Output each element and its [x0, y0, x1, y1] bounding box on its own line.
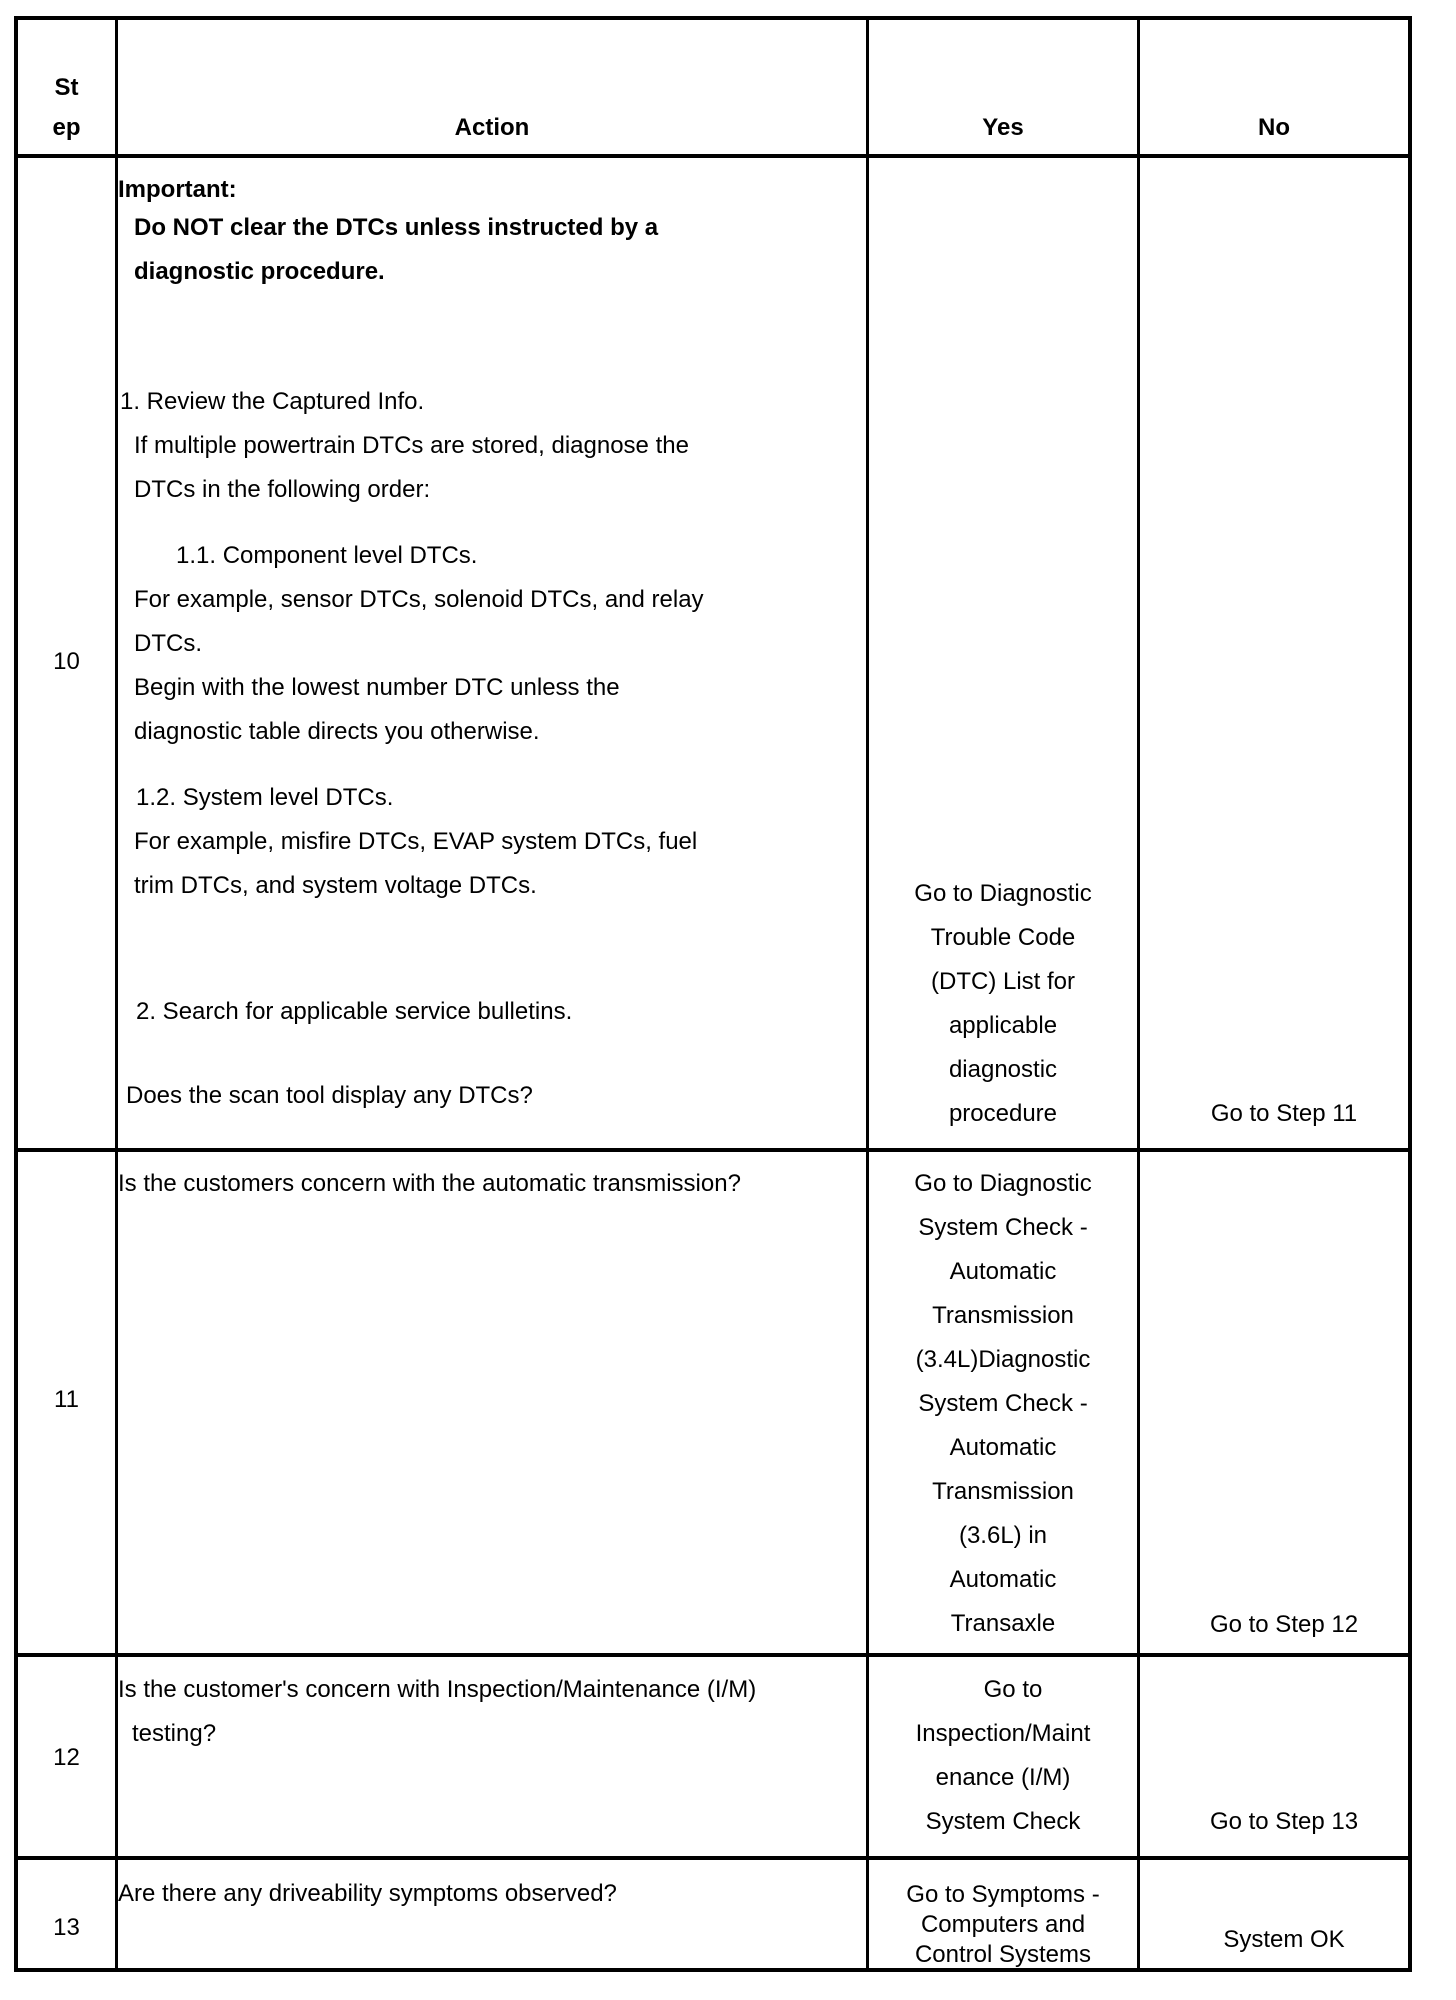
step-number: 12 [18, 1736, 115, 1780]
step-text: DTCs. [118, 622, 866, 666]
no-cell: System OK [1140, 1918, 1408, 1962]
important-text: Do NOT clear the DTCs unless instructed … [118, 206, 866, 250]
yes-text: procedure [869, 1092, 1137, 1136]
step-text: If multiple powertrain DTCs are stored, … [118, 424, 866, 468]
yes-text: diagnostic [869, 1048, 1137, 1092]
step-number: 11 [18, 1378, 115, 1422]
yes-text: enance (I/M) [869, 1756, 1137, 1800]
step-text: DTCs in the following order: [118, 468, 866, 512]
diagnostic-table: St ep Action Yes No 10 Important: Do NOT… [14, 16, 1412, 1972]
yes-text: Transaxle [869, 1602, 1137, 1646]
step-text: For example, misfire DTCs, EVAP system D… [118, 820, 866, 864]
yes-text: Control Systems [869, 1938, 1137, 1972]
header-yes: Yes [869, 108, 1137, 148]
action-cell: Is the customers concern with the automa… [118, 1162, 866, 1206]
yes-text: System Check - [869, 1382, 1137, 1426]
yes-cell: Go to Inspection/Maint enance (I/M) Syst… [869, 1668, 1137, 1844]
row-divider [18, 1856, 1408, 1860]
row-divider [18, 154, 1408, 158]
step-number: 13 [18, 1906, 115, 1950]
row-divider [18, 1653, 1408, 1657]
action-cell: Important: Do NOT clear the DTCs unless … [118, 168, 866, 1118]
yes-text: (3.4L)Diagnostic [869, 1338, 1137, 1382]
header-action: Action [118, 108, 866, 148]
header-step: St ep [18, 68, 115, 148]
action-text: Is the customer's concern with Inspectio… [118, 1668, 866, 1712]
header-no: No [1140, 108, 1408, 148]
step-text: diagnostic table directs you otherwise. [118, 710, 866, 754]
step-text: Begin with the lowest number DTC unless … [118, 666, 866, 710]
yes-text: Go to Symptoms - [869, 1878, 1137, 1912]
yes-text: Go to [869, 1668, 1137, 1712]
yes-text: Transmission [869, 1294, 1137, 1338]
no-cell: Go to Step 11 [1140, 1092, 1408, 1136]
yes-cell: Go to Symptoms - Computers and Control S… [869, 1874, 1137, 1972]
step-subitem: 1.1. Component level DTCs. [118, 534, 866, 578]
yes-text: (DTC) List for [869, 960, 1137, 1004]
column-divider [1137, 20, 1140, 1968]
yes-text: Trouble Code [869, 916, 1137, 960]
row-divider [18, 1148, 1408, 1152]
step-item: 1. Review the Captured Info. [118, 380, 866, 424]
action-text: Are there any driveability symptoms obse… [118, 1872, 866, 1916]
step-text: For example, sensor DTCs, solenoid DTCs,… [118, 578, 866, 622]
yes-text: Automatic [869, 1558, 1137, 1602]
yes-text: Automatic [869, 1250, 1137, 1294]
yes-text: Go to Diagnostic [869, 1162, 1137, 1206]
yes-text: Inspection/Maint [869, 1712, 1137, 1756]
important-text: diagnostic procedure. [118, 250, 866, 294]
yes-text: applicable [869, 1004, 1137, 1048]
yes-cell: Go to Diagnostic System Check - Automati… [869, 1162, 1137, 1646]
yes-text: (3.6L) in [869, 1514, 1137, 1558]
action-cell: Is the customer's concern with Inspectio… [118, 1668, 866, 1756]
yes-cell: Go to Diagnostic Trouble Code (DTC) List… [869, 872, 1137, 1136]
header-step-line: St [18, 68, 115, 108]
step-number: 10 [18, 640, 115, 684]
step-text: trim DTCs, and system voltage DTCs. [118, 864, 866, 908]
step-subitem: 1.2. System level DTCs. [118, 776, 866, 820]
action-cell: Are there any driveability symptoms obse… [118, 1872, 866, 1916]
yes-text: Go to Diagnostic [869, 872, 1137, 916]
action-text: Is the customers concern with the automa… [118, 1162, 866, 1206]
yes-text: System Check - [869, 1206, 1137, 1250]
yes-text: System Check [869, 1800, 1137, 1844]
no-cell: Go to Step 13 [1140, 1800, 1408, 1844]
no-cell: Go to Step 12 [1140, 1603, 1408, 1647]
header-step-line: ep [18, 108, 115, 148]
step-item: 2. Search for applicable service bulleti… [118, 990, 866, 1034]
yes-text: Automatic [869, 1426, 1137, 1470]
step-question: Does the scan tool display any DTCs? [118, 1074, 866, 1118]
yes-text: Computers and [869, 1912, 1137, 1938]
action-text: testing? [118, 1712, 866, 1756]
yes-text: Transmission [869, 1470, 1137, 1514]
